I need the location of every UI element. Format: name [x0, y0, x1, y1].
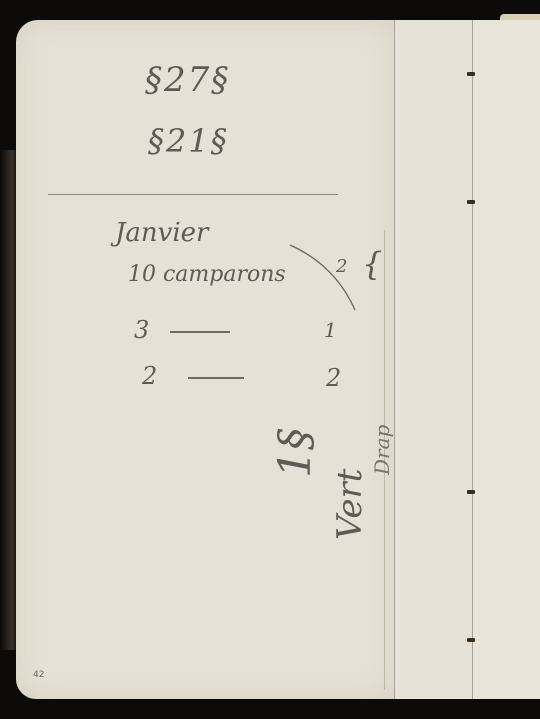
- notebook-page-strip: [394, 20, 472, 699]
- big-mark: 1§: [270, 428, 321, 478]
- handwritten-mark-1: §27§: [145, 60, 230, 100]
- curved-stroke: [285, 240, 365, 320]
- margin-bracket: {: [362, 245, 382, 283]
- handwritten-month: Janvier: [115, 218, 209, 248]
- list-dash: [170, 331, 230, 333]
- margin-number: 2: [326, 364, 341, 392]
- handwritten-line: 10 camparons: [128, 262, 286, 287]
- notebook-page-right: [472, 20, 540, 699]
- fold-line-left: [394, 20, 395, 699]
- margin-number: 2: [336, 256, 347, 277]
- list-number: 3: [134, 316, 149, 344]
- margin-number: 1: [324, 318, 337, 342]
- stitch-hole: [467, 638, 475, 642]
- handwritten-mark-2: §21§: [148, 122, 229, 160]
- rotated-word: Vert: [330, 469, 370, 540]
- fold-line-right: [472, 20, 473, 699]
- list-dash: [188, 377, 244, 379]
- stitch-hole: [467, 200, 475, 204]
- list-number: 2: [142, 362, 157, 390]
- notebook-binding: [0, 150, 16, 650]
- rotated-word: Drap: [370, 425, 394, 475]
- horizontal-rule: [48, 194, 338, 195]
- page-number: 42: [33, 670, 44, 680]
- stitch-hole: [467, 490, 475, 494]
- stitch-hole: [467, 72, 475, 76]
